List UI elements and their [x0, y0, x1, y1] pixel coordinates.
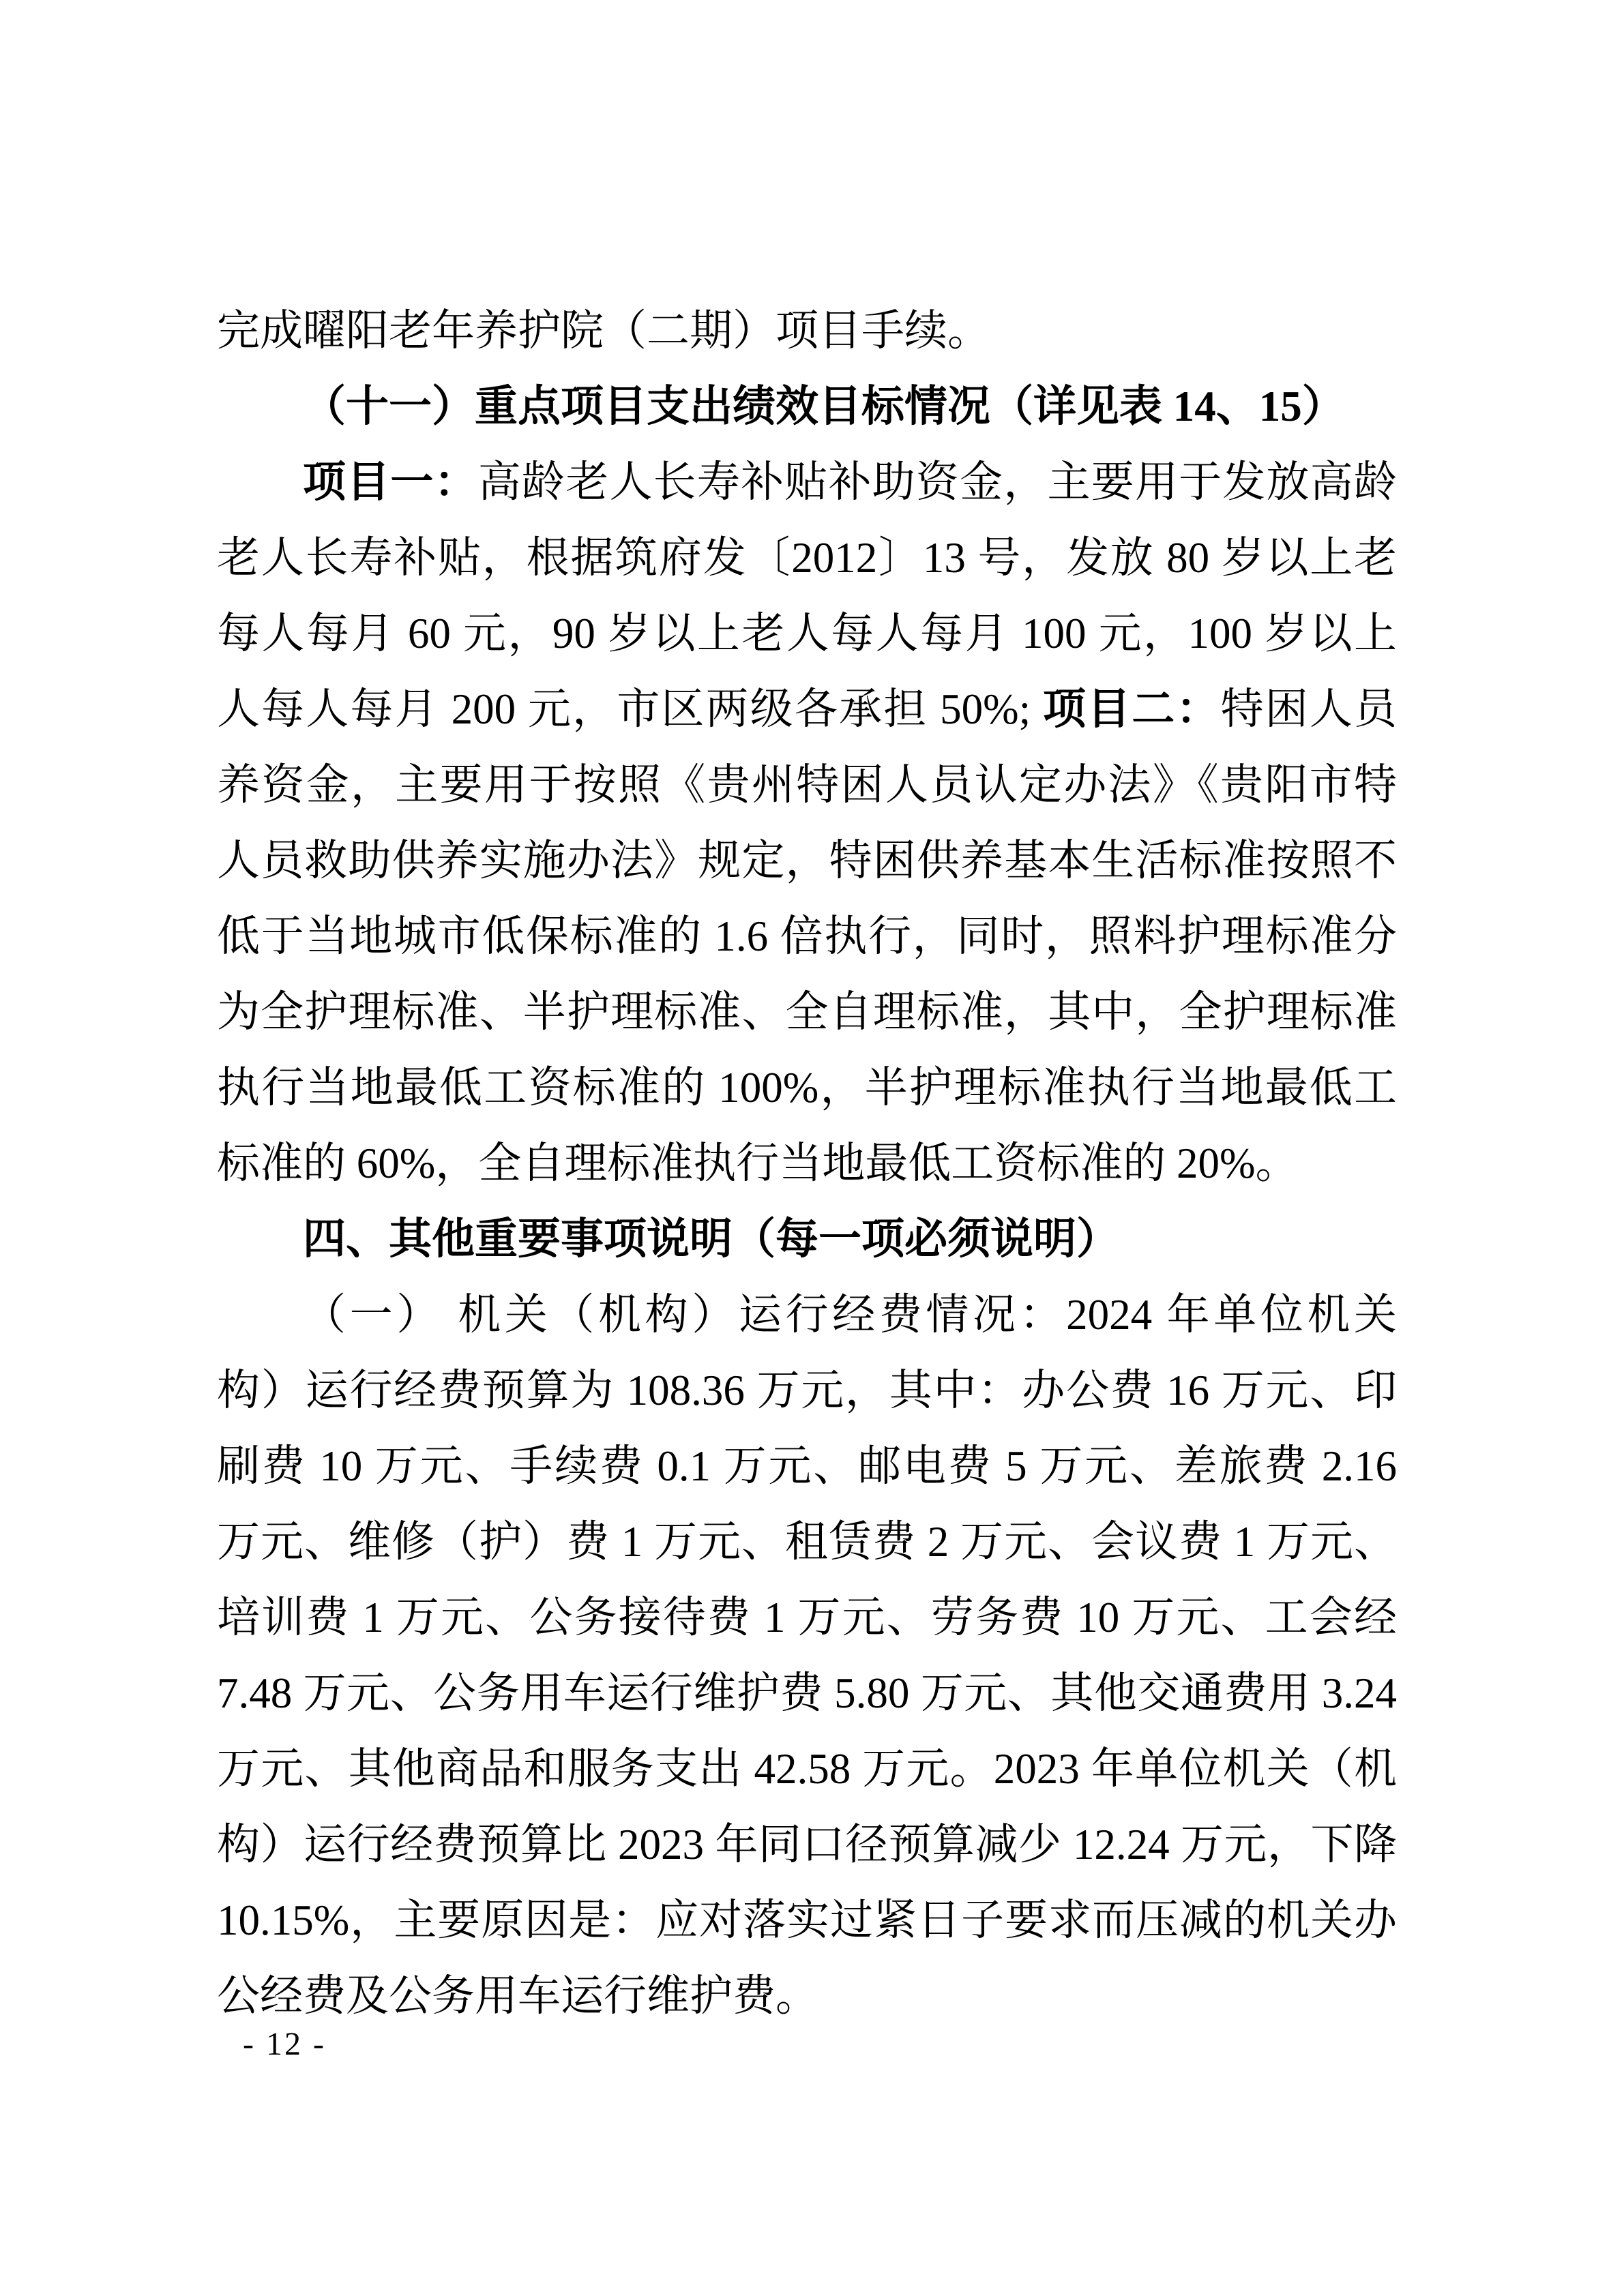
text-line: 10.15%，主要原因是：应对落实过紧日子要求而压减的机关办: [217, 1883, 1397, 1958]
project-two-label: 项目二：: [1043, 685, 1221, 733]
document-body: 完成曜阳老年养护院（二期）项目手续。 （十一）重点项目支出绩效目标情况（详见表 …: [217, 293, 1397, 2034]
text-line: 每人每月 60 元，90 岁以上老人每人每月 100 元，100 岁以上老: [217, 596, 1397, 672]
text-line: 人员救助供养实施办法》规定，特困供养基本生活标准按照不: [217, 823, 1397, 899]
text-line: 构）运行经费预算为 108.36 万元，其中：办公费 16 万元、印: [217, 1353, 1397, 1429]
text-line: 培训费 1 万元、公务接待费 1 万元、劳务费 10 万元、工会经费: [217, 1580, 1397, 1656]
text-line: 万元、其他商品和服务支出 42.58 万元。2023 年单位机关（机: [217, 1731, 1397, 1807]
text-line: 养资金，主要用于按照《贵州特困人员认定办法》《贵阳市特困: [217, 747, 1397, 823]
text-line: 执行当地最低工资标准的 100%，半护理标准执行当地最低工资: [217, 1050, 1397, 1126]
text-line: 构）运行经费预算比 2023 年同口径预算减少 12.24 万元，下降: [217, 1807, 1397, 1883]
page-number: - 12 -: [243, 2024, 326, 2065]
section-heading: 四、其他重要事项说明（每一项必须说明）: [217, 1202, 1397, 1277]
text-line: 人每人每月 200 元，市区两级各承担 50%; 项目二：特困人员供: [217, 672, 1397, 747]
document-page: { "document": { "lines": [ { "text": "完成…: [0, 0, 1624, 2296]
text-line: 为全护理标准、半护理标准、全自理标准，其中，全护理标准: [217, 974, 1397, 1050]
text-segment: 高龄老人长寿补贴补助资金，主要用于发放高龄: [478, 458, 1397, 506]
subsection-heading: （十一）重点项目支出绩效目标情况（详见表 14、15）: [217, 369, 1397, 445]
text-line: 刷费 10 万元、手续费 0.1 万元、邮电费 5 万元、差旅费 2.16: [217, 1429, 1397, 1504]
text-line: 7.48 万元、公务用车运行维护费 5.80 万元、其他交通费用 3.24: [217, 1656, 1397, 1731]
project-one-label: 项目一：: [303, 458, 478, 506]
text-line: 万元、维修（护）费 1 万元、租赁费 2 万元、会议费 1 万元、: [217, 1504, 1397, 1580]
text-line: 低于当地城市低保标准的 1.6 倍执行，同时，照料护理标准分: [217, 899, 1397, 974]
text-line: （一） 机关（机构）运行经费情况：2024 年单位机关（机: [217, 1277, 1397, 1353]
text-segment: 人每人每月 200 元，市区两级各承担 50%;: [217, 685, 1043, 733]
text-line: 公经费及公务用车运行维护费。: [217, 1958, 1397, 2034]
text-line: 项目一：高龄老人长寿补贴补助资金，主要用于发放高龄: [217, 445, 1397, 520]
text-line: 完成曜阳老年养护院（二期）项目手续。: [217, 293, 1397, 369]
text-line: 老人长寿补贴，根据筑府发〔2012〕13 号，发放 80 岁以上老人: [217, 520, 1397, 596]
text-line: 标准的 60%，全自理标准执行当地最低工资标准的 20%。: [217, 1126, 1397, 1202]
